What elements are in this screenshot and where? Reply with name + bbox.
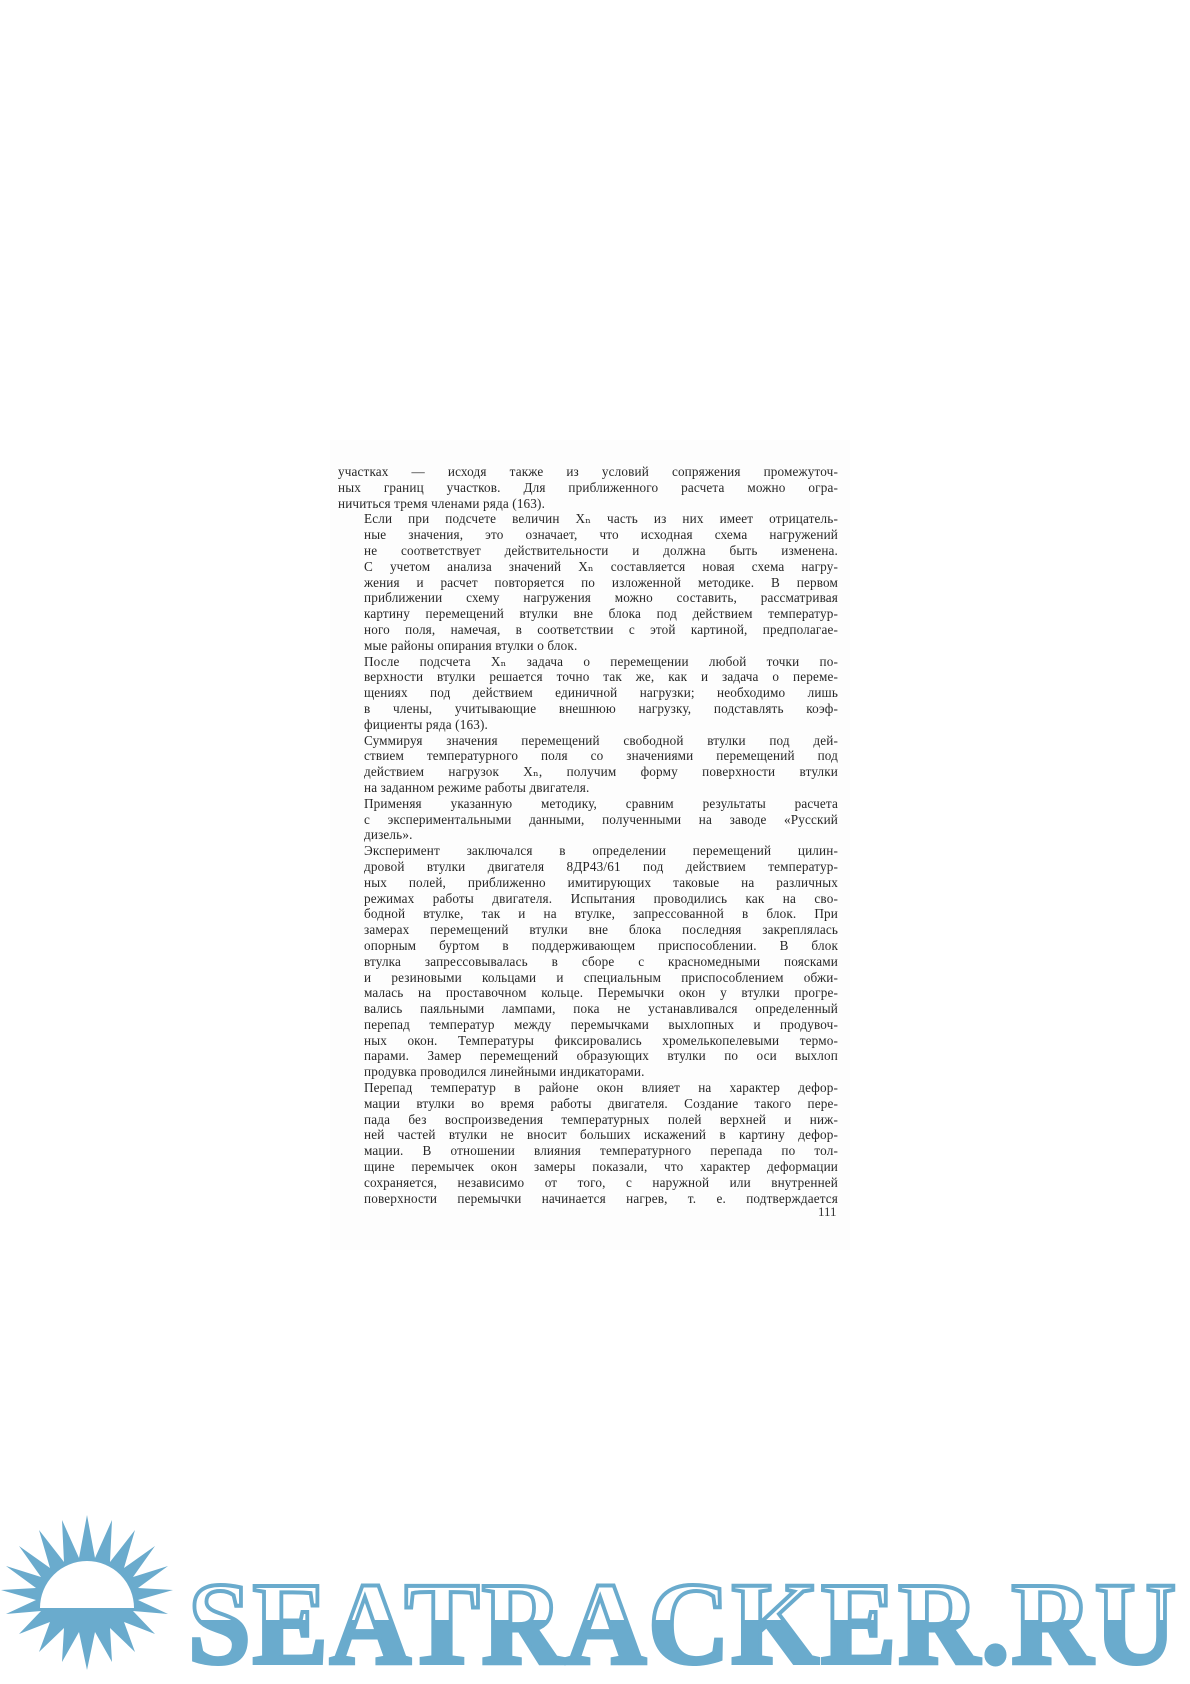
text-line: картину перемещений втулки вне блока под… [338,606,838,622]
text-line: режимах работы двигателя. Испытания пров… [338,891,838,907]
text-line: ные значения, это означает, что исходная… [338,527,838,543]
watermark-text: SEATRACKER.RU SEATRACKER.RU [188,1558,1178,1684]
text-line: мации втулки во время работы двигателя. … [338,1096,838,1112]
paragraph: Эксперимент заключался в определении пер… [338,843,838,1080]
text-line: дизель». [338,827,838,843]
text-line: вались паяльными лампами, пока не устана… [338,1001,838,1017]
text-line: парами. Замер перемещений образующих вту… [338,1048,838,1064]
text-line: С учетом анализа значений Xₙ составляетс… [338,559,838,575]
text-line: Суммируя значения перемещений свободной … [338,733,838,749]
text-line: замерах перемещений втулки вне блока пос… [338,922,838,938]
text-line: ных полей, приближенно имитирующих таков… [338,875,838,891]
text-line: щине перемычек окон замеры показали, что… [338,1159,838,1175]
sun-icon [1,1515,173,1670]
text-line: ных окон. Температуры фиксировались хром… [338,1033,838,1049]
text-line: действием нагрузок Xₙ, получим форму пов… [338,764,838,780]
text-line: с экспериментальными данными, полученным… [338,812,838,828]
text-line: опорным буртом в поддерживающем приспосо… [338,938,838,954]
text-line: ствием температурного поля со значениями… [338,748,838,764]
text-line: перепад температур между перемычками вых… [338,1017,838,1033]
text-line: продувка проводился линейными индикатора… [338,1064,838,1080]
text-line: Если при подсчете величин Xₙ часть из ни… [338,511,838,527]
paragraph: После подсчета Xₙ задача о перемещении л… [338,654,838,733]
text-line: фициенты ряда (163). [338,717,838,733]
text-line: мации. В отношении влияния температурног… [338,1143,838,1159]
text-line: малась на проставочном кольце. Перемычки… [338,985,838,1001]
text-line: Применяя указанную методику, сравним рез… [338,796,838,812]
text-line: приближении схему нагружения можно соста… [338,590,838,606]
text-line: щениях под действием единичной нагрузки;… [338,685,838,701]
text-line: Эксперимент заключался в определении пер… [338,843,838,859]
text-line: дровой втулки двигателя 8ДР43/61 под дей… [338,859,838,875]
text-line: сохраняется, независимо от того, с наруж… [338,1175,838,1191]
text-line: ного поля, намечая, в соответствии с это… [338,622,838,638]
text-line: верхности втулки решается точно так же, … [338,669,838,685]
text-line: ней частей втулки не вносит больших иска… [338,1127,838,1143]
paragraph: Суммируя значения перемещений свободной … [338,733,838,796]
page-number: 111 [818,1204,837,1220]
text-line: мые районы опирания втулки о блок. [338,638,838,654]
body-text: участках — исходя также из условий сопря… [338,464,838,1206]
text-line: не соответствует действительности и долж… [338,543,838,559]
text-line: жения и расчет повторяется по изложенной… [338,575,838,591]
paragraph: Если при подсчете величин Xₙ часть из ни… [338,511,838,653]
paragraph: участках — исходя также из условий сопря… [338,464,838,511]
text-line: поверхности перемычки начинается нагрев,… [338,1191,838,1207]
text-line: После подсчета Xₙ задача о перемещении л… [338,654,838,670]
paragraph: Применяя указанную методику, сравним рез… [338,796,838,843]
text-line: ничиться тремя членами ряда (163). [338,496,838,512]
paragraph: Перепад температур в районе окон влияет … [338,1080,838,1206]
text-line: на заданном режиме работы двигателя. [338,780,838,796]
text-line: ных границ участков. Для приближенного р… [338,480,838,496]
text-line: втулка запрессовывалась в сборе с красно… [338,954,838,970]
watermark-logo: SEATRACKER.RU SEATRACKER.RU [0,1510,1190,1684]
text-line: Перепад температур в районе окон влияет … [338,1080,838,1096]
text-line: пада без воспроизведения температурных п… [338,1112,838,1128]
text-line: бодной втулке, так и на втулке, запрессо… [338,906,838,922]
text-line: в члены, учитывающие внешнюю нагрузку, п… [338,701,838,717]
text-line: участках — исходя также из условий сопря… [338,464,838,480]
text-line: и резиновыми кольцами и специальным прис… [338,970,838,986]
